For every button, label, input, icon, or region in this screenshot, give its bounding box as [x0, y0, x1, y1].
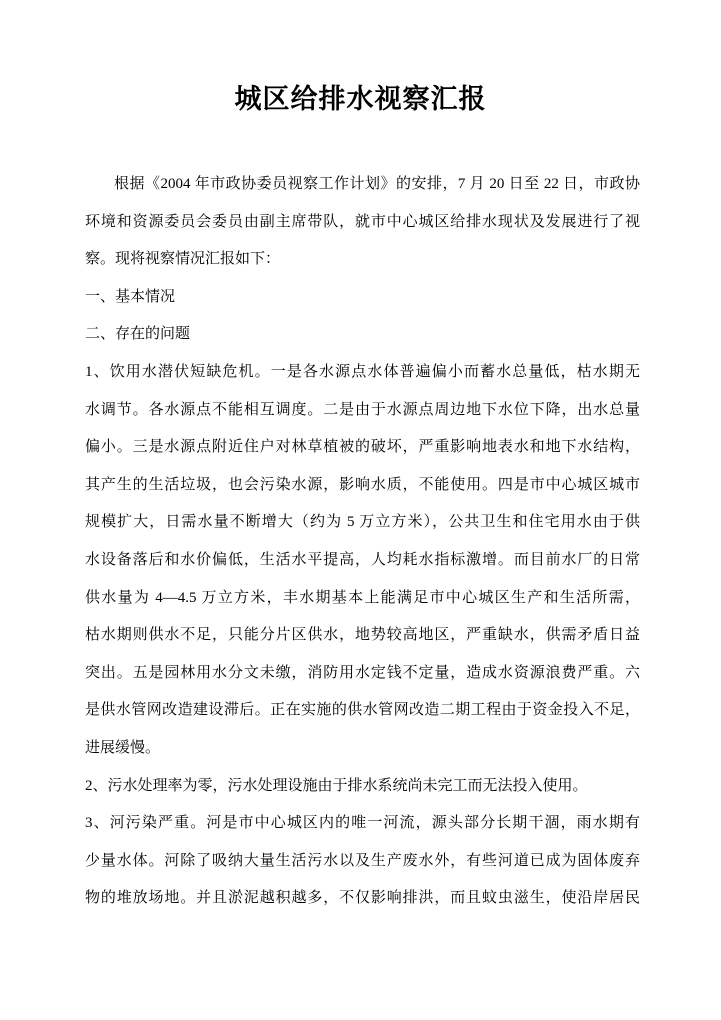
text-line: 枯水期则供水不足，只能分片区供水，地势较高地区，严重缺水，供需矛盾日益 [85, 617, 640, 655]
text-line: 进展缓慢。 [85, 730, 640, 768]
text-line: 二、存在的问题 [85, 316, 640, 354]
text-line: 1、饮用水潜伏短缺危机。一是各水源点水体普遍偏小而蓄水总量低，枯水期无 [85, 354, 640, 392]
paragraph: 一、基本情况 [85, 279, 640, 317]
paragraph: 1、饮用水潜伏短缺危机。一是各水源点水体普遍偏小而蓄水总量低，枯水期无水调节。各… [85, 354, 640, 768]
paragraph: 二、存在的问题 [85, 316, 640, 354]
text-line: 2、污水处理率为零，污水处理设施由于排水系统尚未完工而无法投入使用。 [85, 768, 640, 806]
text-line: 物的堆放场地。并且淤泥越积越多，不仅影响排洪，而且蚊虫滋生，使沿岸居民 [85, 880, 640, 918]
text-line: 规模扩大，日需水量不断增大（约为 5 万立方米），公共卫生和住宅用水由于供 [85, 504, 640, 542]
text-line: 供水量为 4—4.5 万立方米，丰水期基本上能满足市中心城区生产和生活所需， [85, 580, 640, 618]
paragraph: 3、河污染严重。河是市中心城区内的唯一河流，源头部分长期干涸，雨水期有少量水体。… [85, 805, 640, 918]
text-line: 水设备落后和水价偏低，生活水平提高，人均耗水指标激增。而目前水厂的日常 [85, 542, 640, 580]
paragraph: 根据《2004 年市政协委员视察工作计划》的安排，7 月 20 日至 22 日，… [85, 166, 640, 279]
document-body: 根据《2004 年市政协委员视察工作计划》的安排，7 月 20 日至 22 日，… [85, 166, 640, 918]
text-line: 一、基本情况 [85, 279, 640, 317]
text-line: 偏小。三是水源点附近住户对林草植被的破坏，严重影响地表水和地下水结构， [85, 429, 640, 467]
text-line: 其产生的生活垃圾，也会污染水源，影响水质，不能使用。四是市中心城区城市 [85, 467, 640, 505]
text-line: 水调节。各水源点不能相互调度。二是由于水源点周边地下水位下降，出水总量 [85, 392, 640, 430]
paragraph: 2、污水处理率为零，污水处理设施由于排水系统尚未完工而无法投入使用。 [85, 768, 640, 806]
text-line: 察。现将视察情况汇报如下： [85, 241, 640, 279]
document-title: 城区给排水视察汇报 [0, 80, 721, 118]
text-line: 环境和资源委员会委员由副主席带队，就市中心城区给排水现状及发展进行了视 [85, 204, 640, 242]
document-page: 城区给排水视察汇报 根据《2004 年市政协委员视察工作计划》的安排，7 月 2… [0, 0, 721, 1020]
text-line: 3、河污染严重。河是市中心城区内的唯一河流，源头部分长期干涸，雨水期有 [85, 805, 640, 843]
text-line: 少量水体。河除了吸纳大量生活污水以及生产废水外，有些河道已成为固体废弃 [85, 843, 640, 881]
text-line: 是供水管网改造建设滞后。正在实施的供水管网改造二期工程由于资金投入不足， [85, 692, 640, 730]
text-line: 根据《2004 年市政协委员视察工作计划》的安排，7 月 20 日至 22 日，… [85, 166, 640, 204]
text-line: 突出。五是园林用水分文未缴，消防用水定钱不定量，造成水资源浪费严重。六 [85, 655, 640, 693]
